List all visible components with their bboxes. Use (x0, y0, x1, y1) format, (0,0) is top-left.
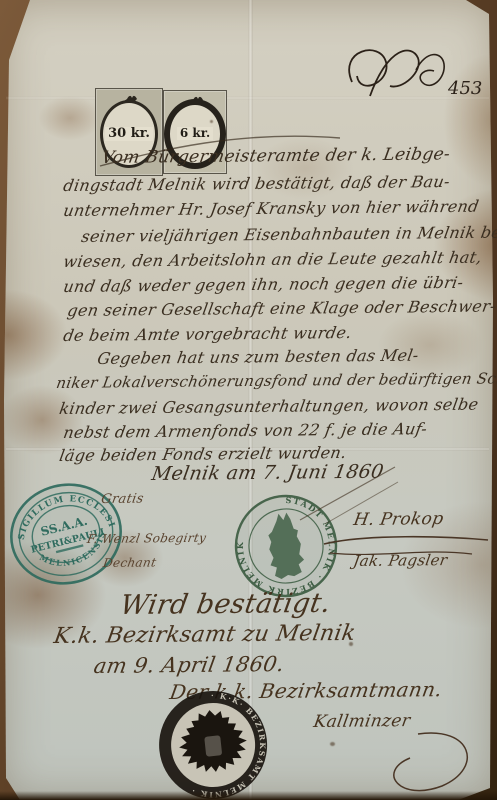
body-line: Gegeben hat uns zum besten das Mel- (96, 346, 420, 368)
signature-secondary: Jak. Pagsler (352, 551, 449, 570)
ink-speck (330, 742, 335, 746)
body-line: de beim Amte vorgebracht wurde. (62, 323, 353, 345)
annotation-line: Gratis (100, 492, 145, 507)
document-photo: 453 30 kr. 6 kr. Vom Bürgermeisteramte d… (0, 0, 497, 800)
annotation-line: F. Wenzl Sobegirty (86, 531, 207, 546)
attestation-line: K.k. Bezirksamt zu Melnik (52, 621, 358, 649)
ink-speck (349, 642, 353, 646)
body-line: Vom Bürgermeisteramte der k. Leibge- (100, 144, 452, 168)
annotation-line: Dechant (102, 555, 157, 570)
body-line: dingstadt Melnik wird bestätigt, daß der… (62, 172, 451, 195)
photo-bottom-shadow (0, 791, 497, 800)
signature-primary: H. Prokop (352, 509, 445, 530)
clerk-monogram-flourish: 453 (330, 38, 490, 108)
reference-number: 453 (447, 78, 482, 99)
attestation-signature-flourish (300, 716, 490, 800)
attestation-line: Wird bestätigt. (118, 588, 333, 621)
ink-speck (210, 120, 213, 123)
attestation-line: am 9. April 1860. (92, 652, 286, 678)
body-line: nebst dem Armenfonds von 22 f. je die Au… (62, 419, 429, 442)
district-seal: · K·K· BEZIRKSAMT MELNIK · (146, 682, 279, 800)
